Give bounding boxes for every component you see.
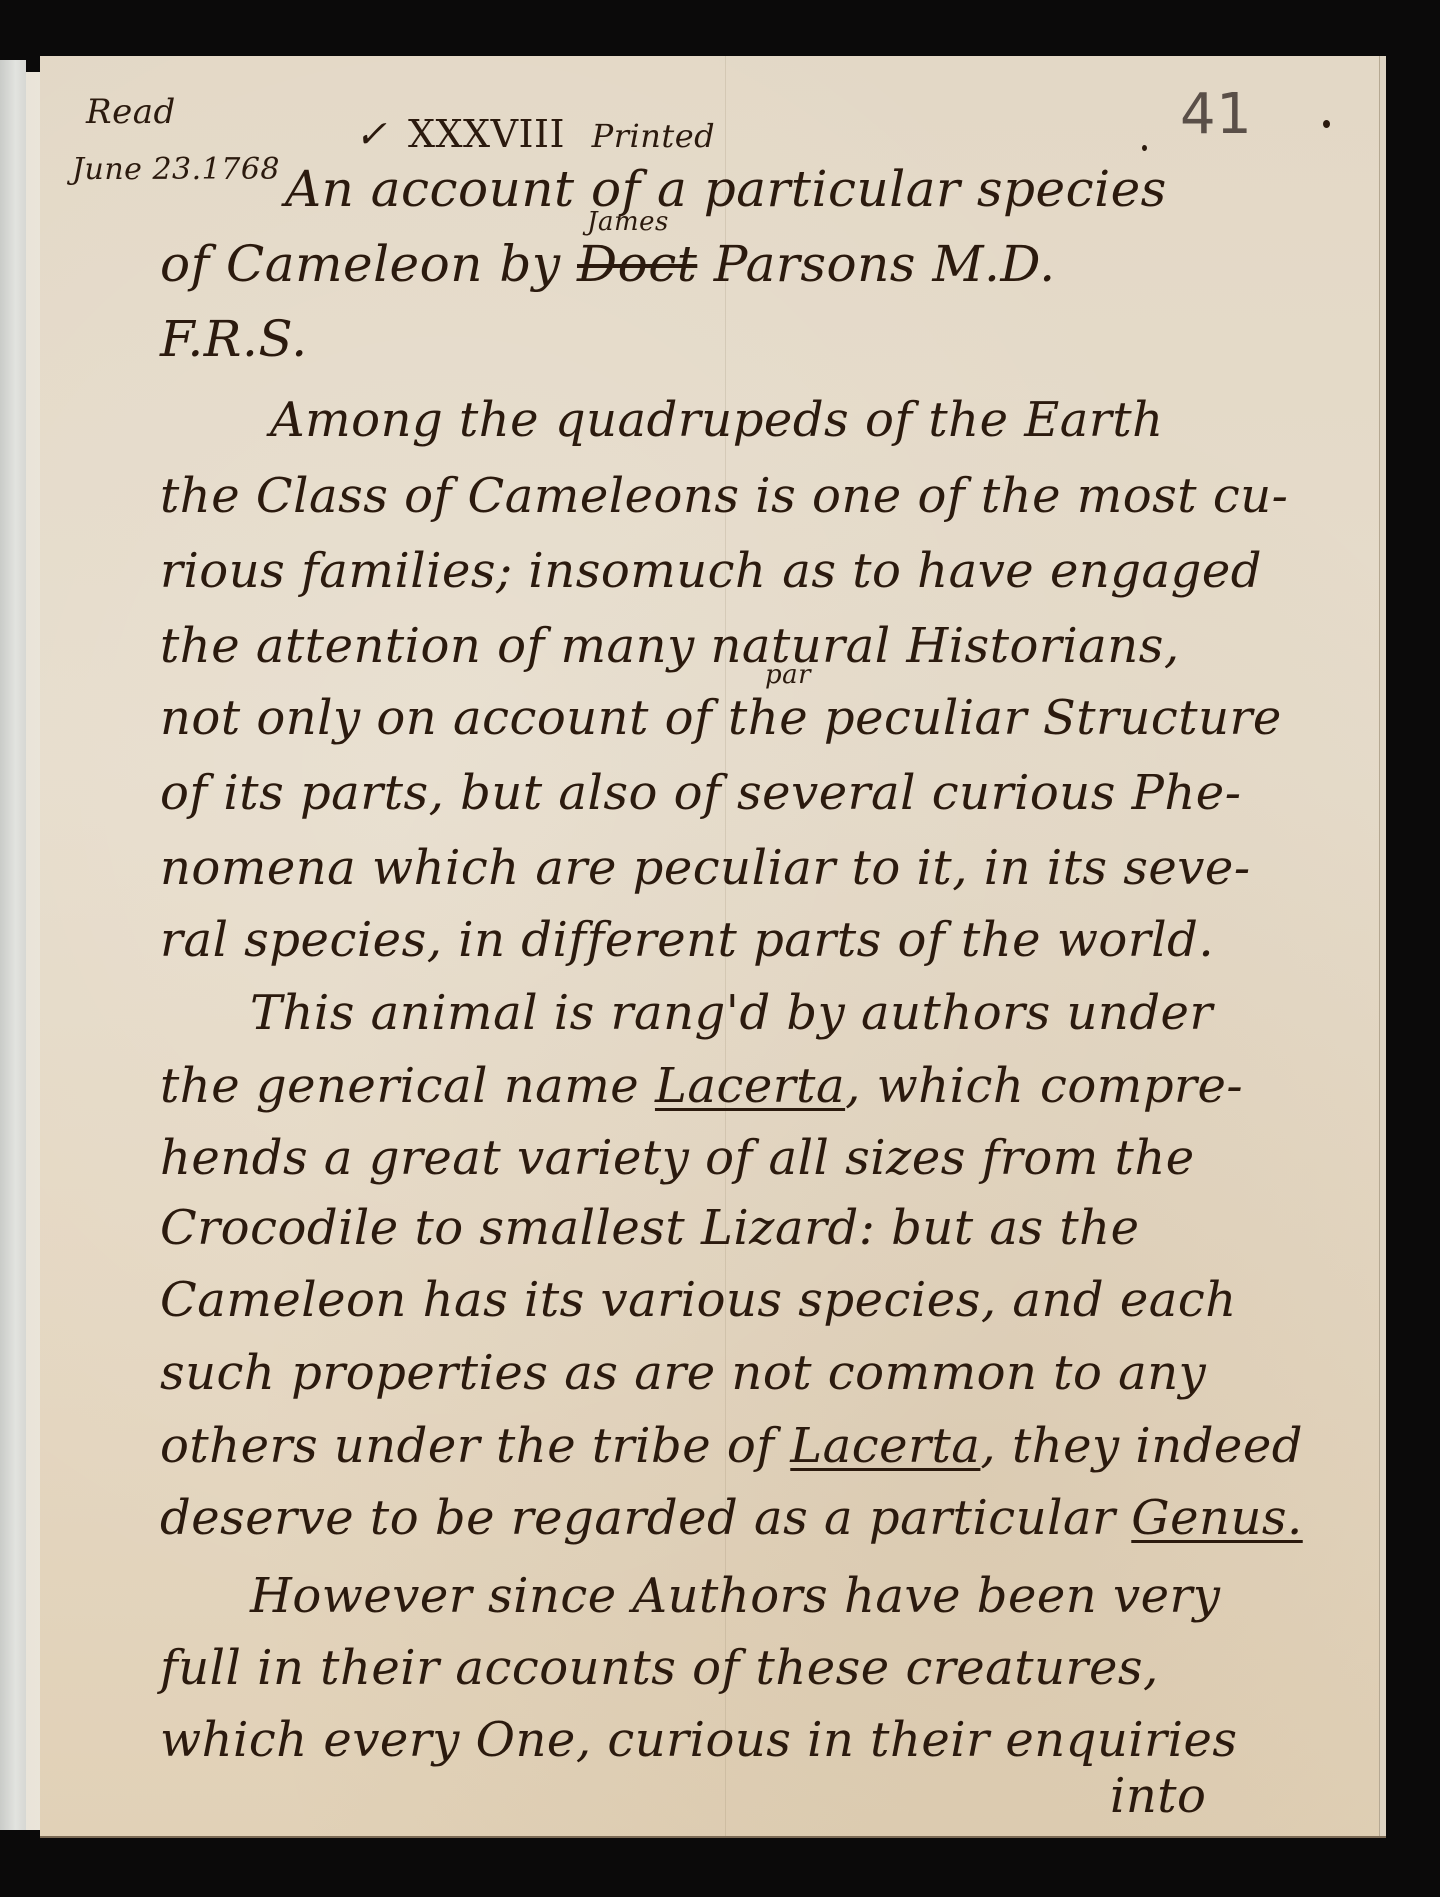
body-line: hends a great variety of all sizes from … (160, 1130, 1195, 1186)
body-text: others under the tribe of (160, 1418, 775, 1474)
body-line: rious families; insomuch as to have enga… (160, 543, 1262, 599)
check-mark-icon: ✓ (355, 112, 387, 156)
body-line: This animal is rang'd by authors under (250, 985, 1213, 1041)
title-line-2: of Cameleon by Doct James Parsons M.D. (160, 235, 1056, 293)
body-line: the attention of many natural Historians… (160, 618, 1180, 674)
body-line: the Class of Cameleons is one of the mos… (160, 468, 1288, 524)
interlinear-correction: par (765, 660, 811, 690)
margin-note-read: Read (86, 92, 176, 132)
body-line: Among the quadrupeds of the Earth (270, 392, 1164, 448)
ink-spot (1323, 120, 1330, 128)
inserted-name: James (587, 207, 669, 237)
body-text: deserve to be regarded as a particular (160, 1490, 1116, 1546)
body-line: not only on account of the peculiar Stru… (160, 690, 1282, 746)
body-line: However since Authors have been very (250, 1568, 1221, 1624)
body-line: full in their accounts of these creature… (160, 1640, 1159, 1696)
author-correction: Doct James (577, 235, 714, 293)
genus-name-lacerta: Lacerta (790, 1418, 980, 1474)
body-line: such properties as are not common to any (160, 1345, 1206, 1401)
body-text: , which compre- (845, 1058, 1243, 1114)
body-line: the generical name Lacerta, which compre… (160, 1058, 1243, 1114)
body-text: , they indeed (980, 1418, 1303, 1474)
title-line-3: F.R.S. (160, 310, 308, 368)
catchword: into (1110, 1768, 1206, 1824)
body-line: others under the tribe of Lacerta, they … (160, 1418, 1303, 1474)
printed-note: Printed (592, 117, 715, 155)
header-note: ✓ XXXVIII Printed (355, 112, 715, 156)
body-line: nomena which are peculiar to it, in its … (160, 840, 1251, 896)
title-line-1: An account of a particular species (285, 160, 1167, 218)
body-line: Cameleon has its various species, and ea… (160, 1272, 1237, 1328)
body-line: deserve to be regarded as a particular G… (160, 1490, 1303, 1546)
body-line: Crocodile to smallest Lizard: but as the (160, 1200, 1139, 1256)
binding-strip (0, 60, 26, 1830)
body-line: ral species, in different parts of the w… (160, 912, 1214, 968)
body-line: which every One, curious in their enquir… (160, 1712, 1237, 1768)
genus-word: Genus. (1131, 1490, 1302, 1546)
folio-number: 41 (1180, 82, 1252, 147)
roman-numeral: XXXVIII (408, 112, 565, 156)
margin-note-date: June 23.1768 (72, 152, 280, 187)
struck-word: Doct (577, 235, 697, 293)
ink-spot (1142, 145, 1147, 151)
author-name: Parsons M.D. (714, 235, 1056, 293)
body-line: of its parts, but also of several curiou… (160, 765, 1241, 821)
body-text: the generical name (160, 1058, 639, 1114)
title-line-2-start: of Cameleon by (160, 235, 561, 293)
genus-name-lacerta: Lacerta (655, 1058, 845, 1114)
